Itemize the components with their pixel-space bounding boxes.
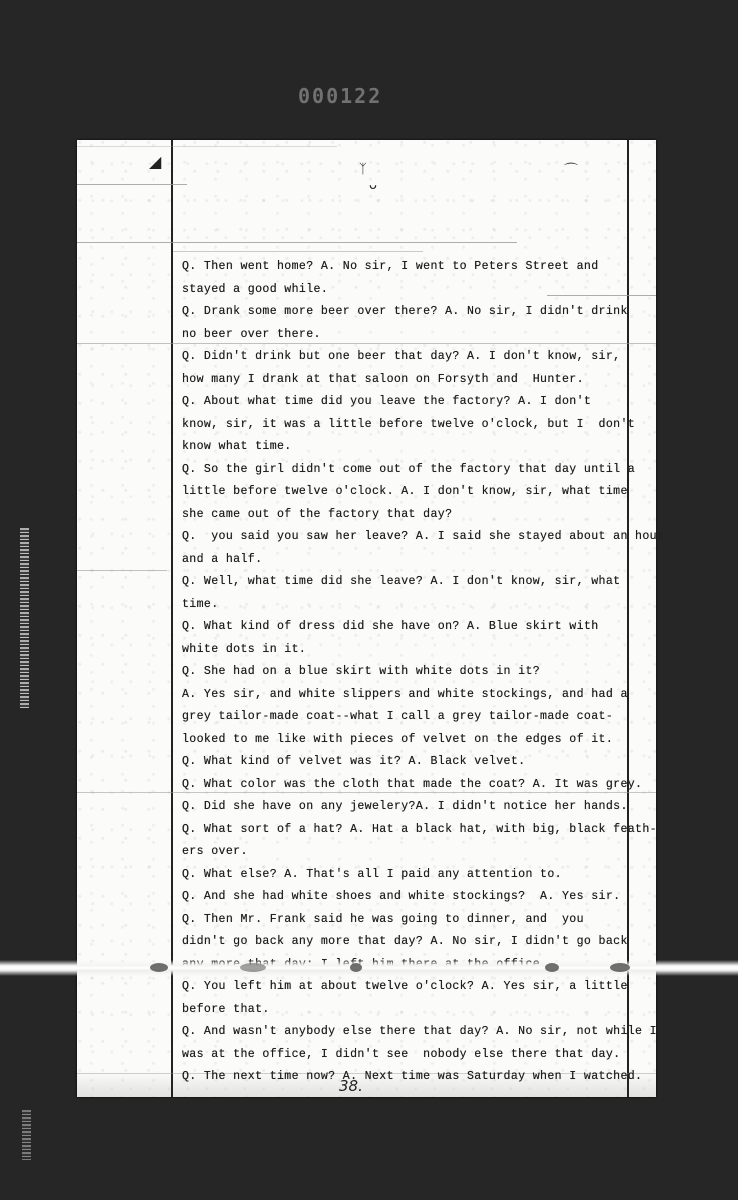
ink-mark: ᴗ xyxy=(369,178,377,193)
transcript-line: Q. The next time now? A. Next time was S… xyxy=(182,1066,632,1089)
transcript-line: how many I drank at that saloon on Forsy… xyxy=(182,369,632,392)
transcript-line: white dots in it. xyxy=(182,639,632,662)
transcript-line: and a half. xyxy=(182,549,632,572)
transcript-line: she came out of the factory that day? xyxy=(182,504,632,527)
transcript-line: Q. What else? A. That's all I paid any a… xyxy=(182,864,632,887)
transcript-line: A. Yes sir, and white slippers and white… xyxy=(182,684,632,707)
transcript-line: was at the office, I didn't see nobody e… xyxy=(182,1044,632,1067)
ruled-line xyxy=(77,242,517,243)
transcript-line: time. xyxy=(182,594,632,617)
transcript-line: Q. Then Mr. Frank said he was going to d… xyxy=(182,909,632,932)
transcript-line: before that. xyxy=(182,999,632,1022)
transcript-line: Q. She had on a blue skirt with white do… xyxy=(182,661,632,684)
film-edge-strip xyxy=(20,528,29,708)
transcript-line: Q. What color was the cloth that made th… xyxy=(182,774,632,797)
transcript-line: little before twelve o'clock. A. I don't… xyxy=(182,481,632,504)
transcript-line: Q. What kind of dress did she have on? A… xyxy=(182,616,632,639)
ink-mark: ◢ xyxy=(149,152,161,171)
ink-mark: ᛉ xyxy=(359,162,367,177)
film-edge-strip-lower xyxy=(22,1110,31,1160)
transcript-line: Q. Drank some more beer over there? A. N… xyxy=(182,301,632,324)
transcript-line: Q. Well, what time did she leave? A. I d… xyxy=(182,571,632,594)
transcript-line: Q. About what time did you leave the fac… xyxy=(182,391,632,414)
transcript-line: didn't go back any more that day? A. No … xyxy=(182,931,632,954)
ruled-line xyxy=(77,146,337,147)
transcript-line: Q. you said you saw her leave? A. I said… xyxy=(182,526,632,549)
ruled-line xyxy=(77,184,187,185)
ruled-line xyxy=(173,251,423,252)
ink-mark: ⌒ xyxy=(564,160,578,180)
page-number: 38. xyxy=(339,1077,363,1095)
transcript-line: Q. What sort of a hat? A. Hat a black ha… xyxy=(182,819,632,842)
transcript-line: Q. Didn't drink but one beer that day? A… xyxy=(182,346,632,369)
transcript-line: Q. So the girl didn't come out of the fa… xyxy=(182,459,632,482)
transcript-line: Q. Did she have on any jewelery?A. I did… xyxy=(182,796,632,819)
film-tear-streak xyxy=(0,960,738,976)
ruled-line xyxy=(77,570,167,571)
transcript-line: Q. And she had white shoes and white sto… xyxy=(182,886,632,909)
transcript-line: Q. Then went home? A. No sir, I went to … xyxy=(182,256,632,279)
transcript-line: Q. What kind of velvet was it? A. Black … xyxy=(182,751,632,774)
transcript-line: know what time. xyxy=(182,436,632,459)
archive-stamp-number: 000122 xyxy=(298,84,382,108)
transcript-line: looked to me like with pieces of velvet … xyxy=(182,729,632,752)
transcript-line: grey tailor-made coat--what I call a gre… xyxy=(182,706,632,729)
transcript-line: ers over. xyxy=(182,841,632,864)
transcript-line: Q. And wasn't anybody else there that da… xyxy=(182,1021,632,1044)
left-margin-rule xyxy=(171,140,173,1097)
transcript-line: no beer over there. xyxy=(182,324,632,347)
transcript-line: know, sir, it was a little before twelve… xyxy=(182,414,632,437)
transcript-line: stayed a good while. xyxy=(182,279,632,302)
transcript-line: Q. You left him at about twelve o'clock?… xyxy=(182,976,632,999)
